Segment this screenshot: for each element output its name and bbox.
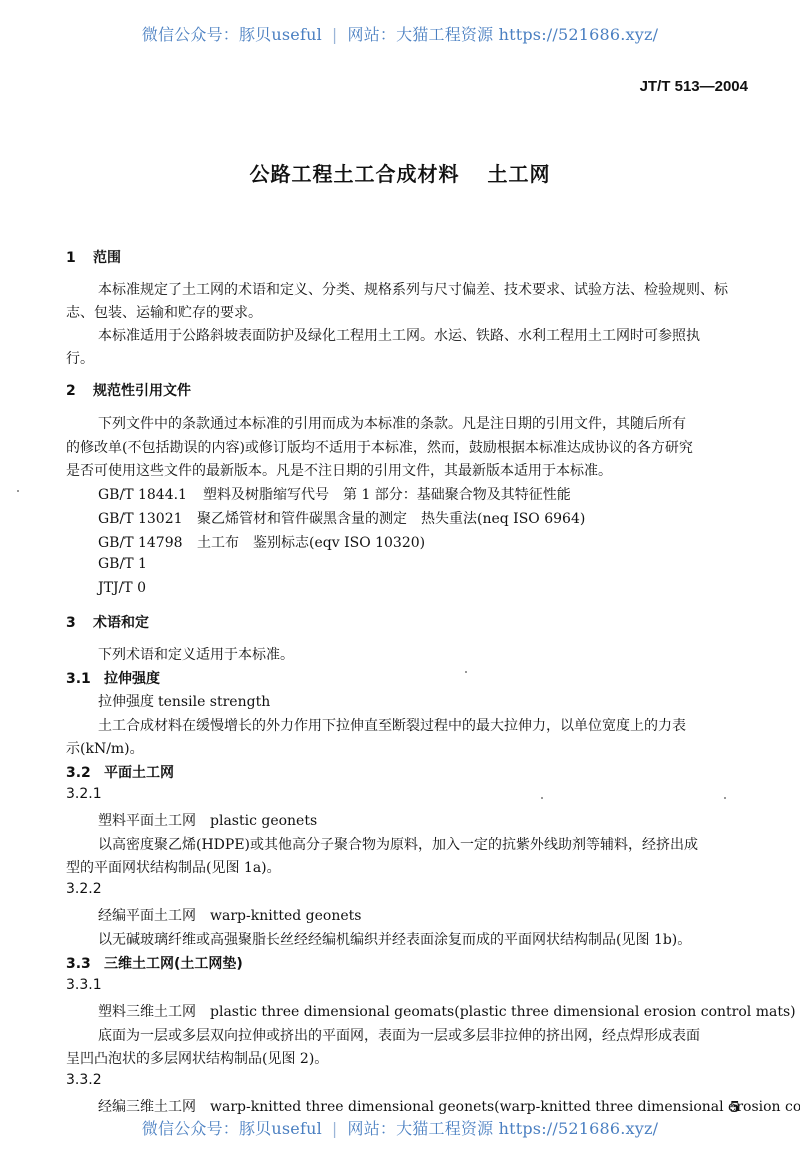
subsection-3-3-1-number: 3.3.1: [66, 977, 102, 993]
subsection-number: 3.3: [66, 956, 104, 972]
term-entry: 经编三维土工网warp-knitted three dimensional ge…: [98, 1096, 800, 1116]
standard-code: JT/T 513—2004: [640, 78, 748, 95]
subsection-3-3-heading: 3.3三维土工网(土工网垫): [66, 953, 243, 973]
definition-line1: 土工合成材料在缓慢增长的外力作用下拉伸直至断裂过程中的最大拉伸力，以单位宽度上的…: [98, 715, 686, 735]
term-cn: 塑料平面土工网: [98, 813, 196, 829]
term-en: plastic three dimensional geomats(plasti…: [210, 1004, 796, 1020]
definition-line1: 以高密度聚乙烯(HDPE)或其他高分子聚合物为原料，加入一定的抗紫外线助剂等辅料…: [98, 834, 698, 854]
reference-item: GB/T 13021聚乙烯管材和管件碳黑含量的测定 热失重法(neq ISO 6…: [98, 508, 585, 528]
section-1-heading: 1范围: [66, 247, 121, 267]
title-part1: 公路工程土工合成材料: [250, 162, 460, 186]
s1-para1-line1: 本标准规定了土工网的术语和定义、分类、规格系列与尺寸偏差、技术要求、试验方法、检…: [98, 279, 728, 299]
s2-para-line3: 是否可使用这些文件的最新版本。凡是不注日期的引用文件，其最新版本适用于本标准。: [66, 460, 612, 480]
section-number: 1: [66, 250, 93, 266]
scan-speck: [17, 490, 19, 492]
subsection-3-1-heading: 3.1拉伸强度: [66, 668, 160, 688]
subsection-3-2-2-number: 3.2.2: [66, 881, 102, 897]
subsection-3-2-heading: 3.2平面土工网: [66, 762, 174, 782]
definition-line1: 底面为一层或多层双向拉伸或挤出的平面网，表面为一层或多层非拉伸的挤出网，经点焊形…: [98, 1025, 700, 1045]
term-entry: 经编平面土工网warp-knitted geonets: [98, 905, 361, 925]
section-title: 规范性引用文件: [93, 383, 191, 399]
subsection-title: 平面土工网: [104, 765, 174, 781]
section-number: 3: [66, 615, 93, 631]
s2-para-line2: 的修改单(不包括勘误的内容)或修订版均不适用于本标准，然而，鼓励根据本标准达成协…: [66, 437, 693, 457]
reference-code: GB/T 1: [98, 556, 147, 572]
section-title: 术语和定: [93, 615, 149, 631]
s2-para-line1: 下列文件中的条款通过本标准的引用而成为本标准的条款。凡是注日期的引用文件，其随后…: [98, 413, 686, 433]
watermark-left-text: 微信公众号：豚贝useful: [142, 1119, 322, 1138]
title-part2: 土工网: [488, 162, 551, 186]
watermark-left-text: 微信公众号：豚贝useful: [142, 25, 322, 44]
term-cn: 拉伸强度: [98, 694, 154, 710]
definition-line2: 呈凹凸泡状的多层网状结构制品(见图 2)。: [66, 1048, 328, 1068]
subsection-3-2-1-number: 3.2.1: [66, 786, 102, 802]
reference-code: GB/T 14798: [98, 535, 197, 551]
page-number: 5: [730, 1098, 740, 1116]
subsection-3-3-2-number: 3.3.2: [66, 1072, 102, 1088]
reference-title: 聚乙烯管材和管件碳黑含量的测定 热失重法(neq ISO 6964): [197, 511, 585, 527]
section-2-heading: 2规范性引用文件: [66, 380, 191, 400]
reference-title: 土工布 鉴别标志(eqv ISO 10320): [197, 535, 425, 551]
scan-speck: [541, 797, 543, 799]
watermark-top: 微信公众号：豚贝useful|网站：大猫工程资源 https://521686.…: [0, 22, 800, 45]
section-number: 2: [66, 383, 93, 399]
s3-intro: 下列术语和定义适用于本标准。: [98, 644, 294, 664]
document-title: 公路工程土工合成材料土工网: [0, 158, 800, 187]
s1-para1-line2: 志、包装、运输和贮存的要求。: [66, 302, 262, 322]
reference-code: GB/T 13021: [98, 511, 197, 527]
term-cn: 经编三维土工网: [98, 1099, 196, 1115]
watermark-right-text: 网站：大猫工程资源 https://521686.xyz/: [348, 1119, 659, 1138]
scan-speck: [724, 797, 726, 799]
subsection-number: 3.2: [66, 765, 104, 781]
definition-line2: 示(kN/m)。: [66, 738, 144, 758]
term-en: warp-knitted geonets: [210, 908, 361, 924]
reference-item: GB/T 1844.1塑料及树脂缩写代号 第 1 部分：基础聚合物及其特征性能: [98, 484, 571, 504]
term-en: tensile strength: [158, 694, 270, 710]
reference-code: GB/T 1844.1: [98, 487, 203, 503]
term-entry: 拉伸强度tensile strength: [98, 691, 270, 711]
definition-line1: 以无碱玻璃纤维或高强聚脂长丝经经编机编织并经表面涂复而成的平面网状结构制品(见图…: [98, 929, 691, 949]
watermark-separator: |: [332, 25, 338, 44]
reference-item: JTJ/T 0: [98, 580, 146, 596]
s1-para2-line1: 本标准适用于公路斜坡表面防护及绿化工程用土工网。水运、铁路、水利工程用土工网时可…: [98, 325, 700, 345]
subsection-title: 拉伸强度: [104, 671, 160, 687]
term-en: plastic geonets: [210, 813, 317, 829]
reference-item: GB/T 1: [98, 556, 147, 572]
watermark-separator: |: [332, 1119, 338, 1138]
s1-para2-line2: 行。: [66, 348, 94, 368]
term-en: warp-knitted three dimensional geonets(w…: [210, 1099, 800, 1115]
definition-line2: 型的平面网状结构制品(见图 1a)。: [66, 857, 281, 877]
reference-item: GB/T 14798土工布 鉴别标志(eqv ISO 10320): [98, 532, 425, 552]
term-entry: 塑料三维土工网plastic three dimensional geomats…: [98, 1001, 796, 1021]
term-cn: 经编平面土工网: [98, 908, 196, 924]
subsection-number: 3.1: [66, 671, 104, 687]
watermark-right-text: 网站：大猫工程资源 https://521686.xyz/: [348, 25, 659, 44]
subsection-title: 三维土工网(土工网垫): [104, 956, 243, 972]
reference-code: JTJ/T 0: [98, 580, 146, 596]
term-entry: 塑料平面土工网plastic geonets: [98, 810, 317, 830]
reference-title: 塑料及树脂缩写代号 第 1 部分：基础聚合物及其特征性能: [203, 487, 571, 503]
section-3-heading: 3术语和定: [66, 612, 149, 632]
scan-speck: [465, 671, 467, 673]
section-title: 范围: [93, 250, 121, 266]
watermark-bottom: 微信公众号：豚贝useful|网站：大猫工程资源 https://521686.…: [0, 1116, 800, 1139]
term-cn: 塑料三维土工网: [98, 1004, 196, 1020]
